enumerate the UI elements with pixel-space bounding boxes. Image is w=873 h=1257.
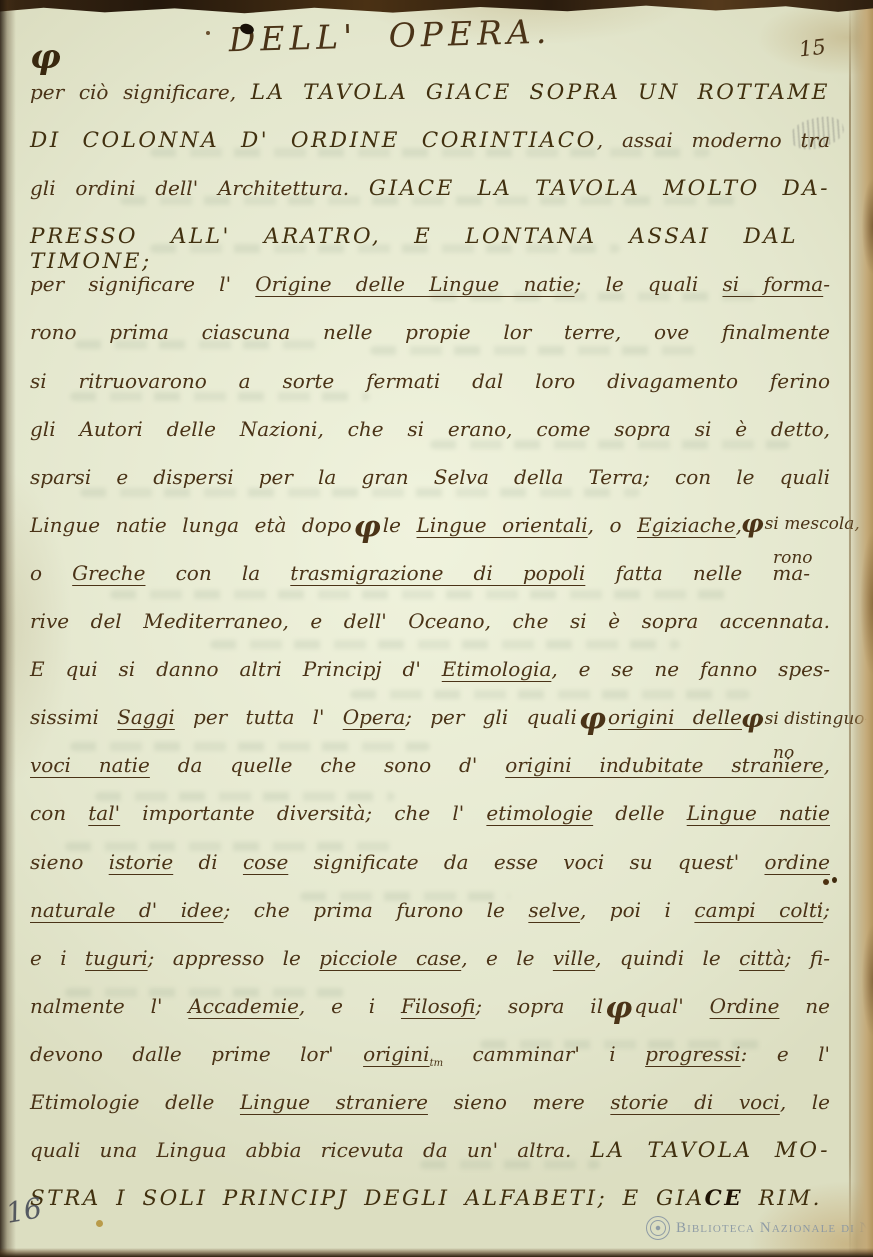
- manuscript-line: sieno istorie di cose significate da ess…: [30, 850, 830, 898]
- text-segment: devono dalle prime lor': [30, 1042, 363, 1066]
- manuscript-line: Lingue natie lunga età dopoφle Lingue or…: [30, 513, 742, 561]
- text-segment: , quindi le: [595, 946, 739, 970]
- text-segment: sparsi e dispersi per la gran Selva dell…: [30, 465, 830, 489]
- insertion-mark: φ: [30, 40, 61, 74]
- text-segment: CE: [705, 1186, 744, 1211]
- text-segment: per tutta l': [175, 705, 343, 729]
- text-segment: , o: [588, 513, 637, 537]
- text-segment: progressi: [645, 1042, 741, 1066]
- manuscript-line: nalmente l' Accademie, e i Filosofi; sop…: [30, 994, 830, 1042]
- text-segment: tal': [88, 801, 120, 825]
- text-segment: Lingue natie: [687, 801, 830, 825]
- library-emblem-icon: [646, 1216, 670, 1240]
- text-segment: da quelle che sono d': [150, 753, 505, 777]
- manuscript-line: rono prima ciascuna nelle propie lor ter…: [30, 320, 830, 368]
- text-segment: ordine: [764, 850, 830, 874]
- text-segment: sieno mere: [428, 1090, 610, 1114]
- page-edge-bottom: [0, 1248, 873, 1257]
- manuscript-line: e i tuguri; appresso le picciole case, e…: [30, 946, 830, 994]
- text-segment: Lingue natie lunga età dopo: [30, 513, 352, 537]
- text-segment: o: [30, 561, 72, 585]
- insertion-mark: φ: [741, 509, 765, 538]
- insertion-mark: φ: [577, 702, 608, 737]
- margin-note-text: si mescola,: [765, 514, 860, 534]
- manuscript-line: E qui si danno altri Principj d' Etimolo…: [30, 657, 830, 705]
- text-segment: picciole case: [319, 946, 461, 970]
- text-segment: , e i: [299, 994, 401, 1018]
- text-segment: quali una Lingua abbia ricevuta da un' a…: [30, 1138, 591, 1162]
- text-segment: per significare l': [30, 272, 255, 296]
- text-segment: Opera: [343, 705, 406, 729]
- text-segment: e i: [30, 946, 85, 970]
- text-segment: DI COLONNA D' ORDINE CORINTIACO: [30, 128, 597, 153]
- text-segment: Filosofi: [401, 994, 475, 1018]
- manuscript-line: DI COLONNA D' ORDINE CORINTIACO, assai m…: [30, 128, 830, 176]
- manuscript-line: devono dalle prime lor' originitm cammin…: [30, 1042, 830, 1090]
- manuscript-line: gli Autori delle Nazioni, che si erano, …: [30, 417, 830, 465]
- manuscript-line: naturale d' idee; che prima furono le se…: [30, 898, 830, 946]
- text-segment: naturale d' idee: [30, 898, 224, 922]
- manuscript-line: Etimologie delle Lingue straniere sieno …: [30, 1090, 830, 1138]
- text-segment: ; fi-: [785, 946, 830, 970]
- text-segment: , le: [780, 1090, 830, 1114]
- text-segment: : e l': [741, 1042, 830, 1066]
- manuscript-line: per significare l' Origine delle Lingue …: [30, 272, 830, 320]
- text-segment: si ritruovarono a sorte fermati dal loro…: [30, 369, 830, 393]
- manuscript-line: sissimi Saggi per tutta l' Opera; per gl…: [30, 705, 742, 753]
- text-segment: , poi i: [580, 898, 694, 922]
- text-segment: di: [173, 850, 243, 874]
- text-segment: -: [823, 272, 830, 296]
- text-segment: sieno: [30, 850, 109, 874]
- text-segment: nalmente l': [30, 994, 188, 1018]
- manuscript-line: voci natie da quelle che sono d' origini…: [30, 753, 830, 801]
- manuscript-line: quali una Lingua abbia ricevuta da un' a…: [30, 1138, 830, 1186]
- manuscript-line: rive del Mediterraneo, e dell' Oceano, c…: [30, 609, 830, 657]
- text-segment: , assai moderno tra: [597, 128, 830, 152]
- manuscript-line: si ritruovarono a sorte fermati dal loro…: [30, 369, 830, 417]
- text-segment: sissimi: [30, 705, 117, 729]
- text-segment: etimologie: [486, 801, 593, 825]
- text-segment: E qui si danno altri Principj d': [30, 657, 442, 681]
- text-segment: Saggi: [117, 705, 175, 729]
- text-segment: Lingue orientali: [417, 513, 588, 537]
- page-edge-right: [848, 0, 873, 1257]
- text-segment: ; per gli quali: [405, 705, 577, 729]
- text-segment: campi colti: [694, 898, 823, 922]
- manuscript-line: o Greche con la trasmigrazione di popoli…: [30, 561, 810, 609]
- text-segment: ne: [779, 994, 830, 1018]
- insertion-mark: φ: [352, 510, 383, 545]
- text-segment: ville: [553, 946, 595, 970]
- manuscript-line: con tal' importante diversità; che l' et…: [30, 801, 830, 849]
- text-segment: ; appresso le: [148, 946, 320, 970]
- text-segment: ; le quali: [575, 272, 723, 296]
- text-segment: importante diversità; che l': [120, 801, 486, 825]
- text-segment: GIACE LA TAVOLA MOLTO DA-: [369, 176, 830, 201]
- text-segment: origini: [363, 1042, 429, 1066]
- text-segment: Etimologie delle: [30, 1090, 240, 1114]
- text-segment: cose: [243, 850, 288, 874]
- text-segment: Origine delle Lingue natie: [255, 272, 574, 296]
- margin-note-text: no: [741, 743, 794, 763]
- text-segment: , e se ne fanno spes-: [551, 657, 830, 681]
- text-segment: , e le: [461, 946, 553, 970]
- ink-speck: [206, 31, 210, 35]
- text-segment: tuguri: [85, 946, 148, 970]
- text-segment: Greche: [72, 561, 145, 585]
- manuscript-line: gli ordini dell' Architettura. GIACE LA …: [30, 176, 830, 224]
- insertion-mark: φ: [603, 991, 634, 1026]
- text-segment: le: [383, 513, 417, 537]
- text-segment: selve: [528, 898, 580, 922]
- text-block: per ciò significare, LA TAVOLA GIACE SOP…: [30, 80, 830, 1234]
- text-segment: Egiziache: [637, 513, 736, 537]
- ink-speck: [832, 877, 837, 883]
- text-segment: camminar' i: [443, 1042, 645, 1066]
- text-segment: rono prima ciascuna nelle propie lor ter…: [30, 320, 830, 344]
- folio-number-top: 15: [798, 35, 827, 62]
- text-segment: con: [30, 801, 88, 825]
- text-segment: ; che prima furono le: [224, 898, 529, 922]
- text-segment: Ordine: [710, 994, 780, 1018]
- text-segment: istorie: [109, 850, 174, 874]
- text-segment: STRA I SOLI PRINCIPJ DEGLI ALFABETI; E G…: [30, 1186, 705, 1211]
- text-segment: ;: [823, 898, 830, 922]
- text-segment: delle: [593, 801, 687, 825]
- manuscript-line: per ciò significare, LA TAVOLA GIACE SOP…: [30, 80, 830, 128]
- text-segment: città: [739, 946, 785, 970]
- text-segment: trasmigrazione di popoli: [290, 561, 585, 585]
- text-segment: gli ordini dell' Architettura.: [30, 176, 369, 200]
- text-segment: rive del Mediterraneo, e dell' Oceano, c…: [30, 609, 830, 633]
- text-segment: con la: [145, 561, 290, 585]
- text-segment: qual': [634, 994, 709, 1018]
- text-segment: origini delle: [608, 705, 742, 729]
- manuscript-line: PRESSO ALL' ARATRO, E LONTANA ASSAI DAL …: [30, 224, 798, 272]
- library-stamp: Biblioteca Nazionale di Napoli: [646, 1216, 873, 1240]
- margin-note-text: rono: [741, 548, 813, 568]
- text-segment: Lingue straniere: [240, 1090, 428, 1114]
- text-segment: gli Autori delle Nazioni, che si erano, …: [30, 417, 830, 441]
- text-segment: per ciò significare,: [30, 80, 251, 104]
- page-edge-left: [0, 0, 16, 1257]
- text-segment: significate da esse voci su quest': [288, 850, 764, 874]
- text-segment: voci natie: [30, 753, 150, 777]
- text-segment: tm: [430, 1058, 444, 1069]
- page-edge-line: [849, 0, 851, 1257]
- text-segment: LA TAVOLA MO-: [591, 1138, 830, 1163]
- manuscript-line: sparsi e dispersi per la gran Selva dell…: [30, 465, 830, 513]
- text-segment: PRESSO ALL' ARATRO, E LONTANA ASSAI DAL …: [30, 224, 798, 274]
- text-segment: si forma: [722, 272, 823, 296]
- text-segment: Accademie: [188, 994, 299, 1018]
- library-stamp-text: Biblioteca Nazionale di Napoli: [676, 1220, 873, 1237]
- insertion-mark: φ: [741, 704, 765, 733]
- text-segment: RIM.: [743, 1186, 822, 1211]
- text-segment: Etimologia: [442, 657, 552, 681]
- text-segment: ; sopra il: [475, 994, 603, 1018]
- text-segment: storie di voci: [610, 1090, 779, 1114]
- text-segment: LA TAVOLA GIACE SOPRA UN ROTTAME: [251, 80, 830, 105]
